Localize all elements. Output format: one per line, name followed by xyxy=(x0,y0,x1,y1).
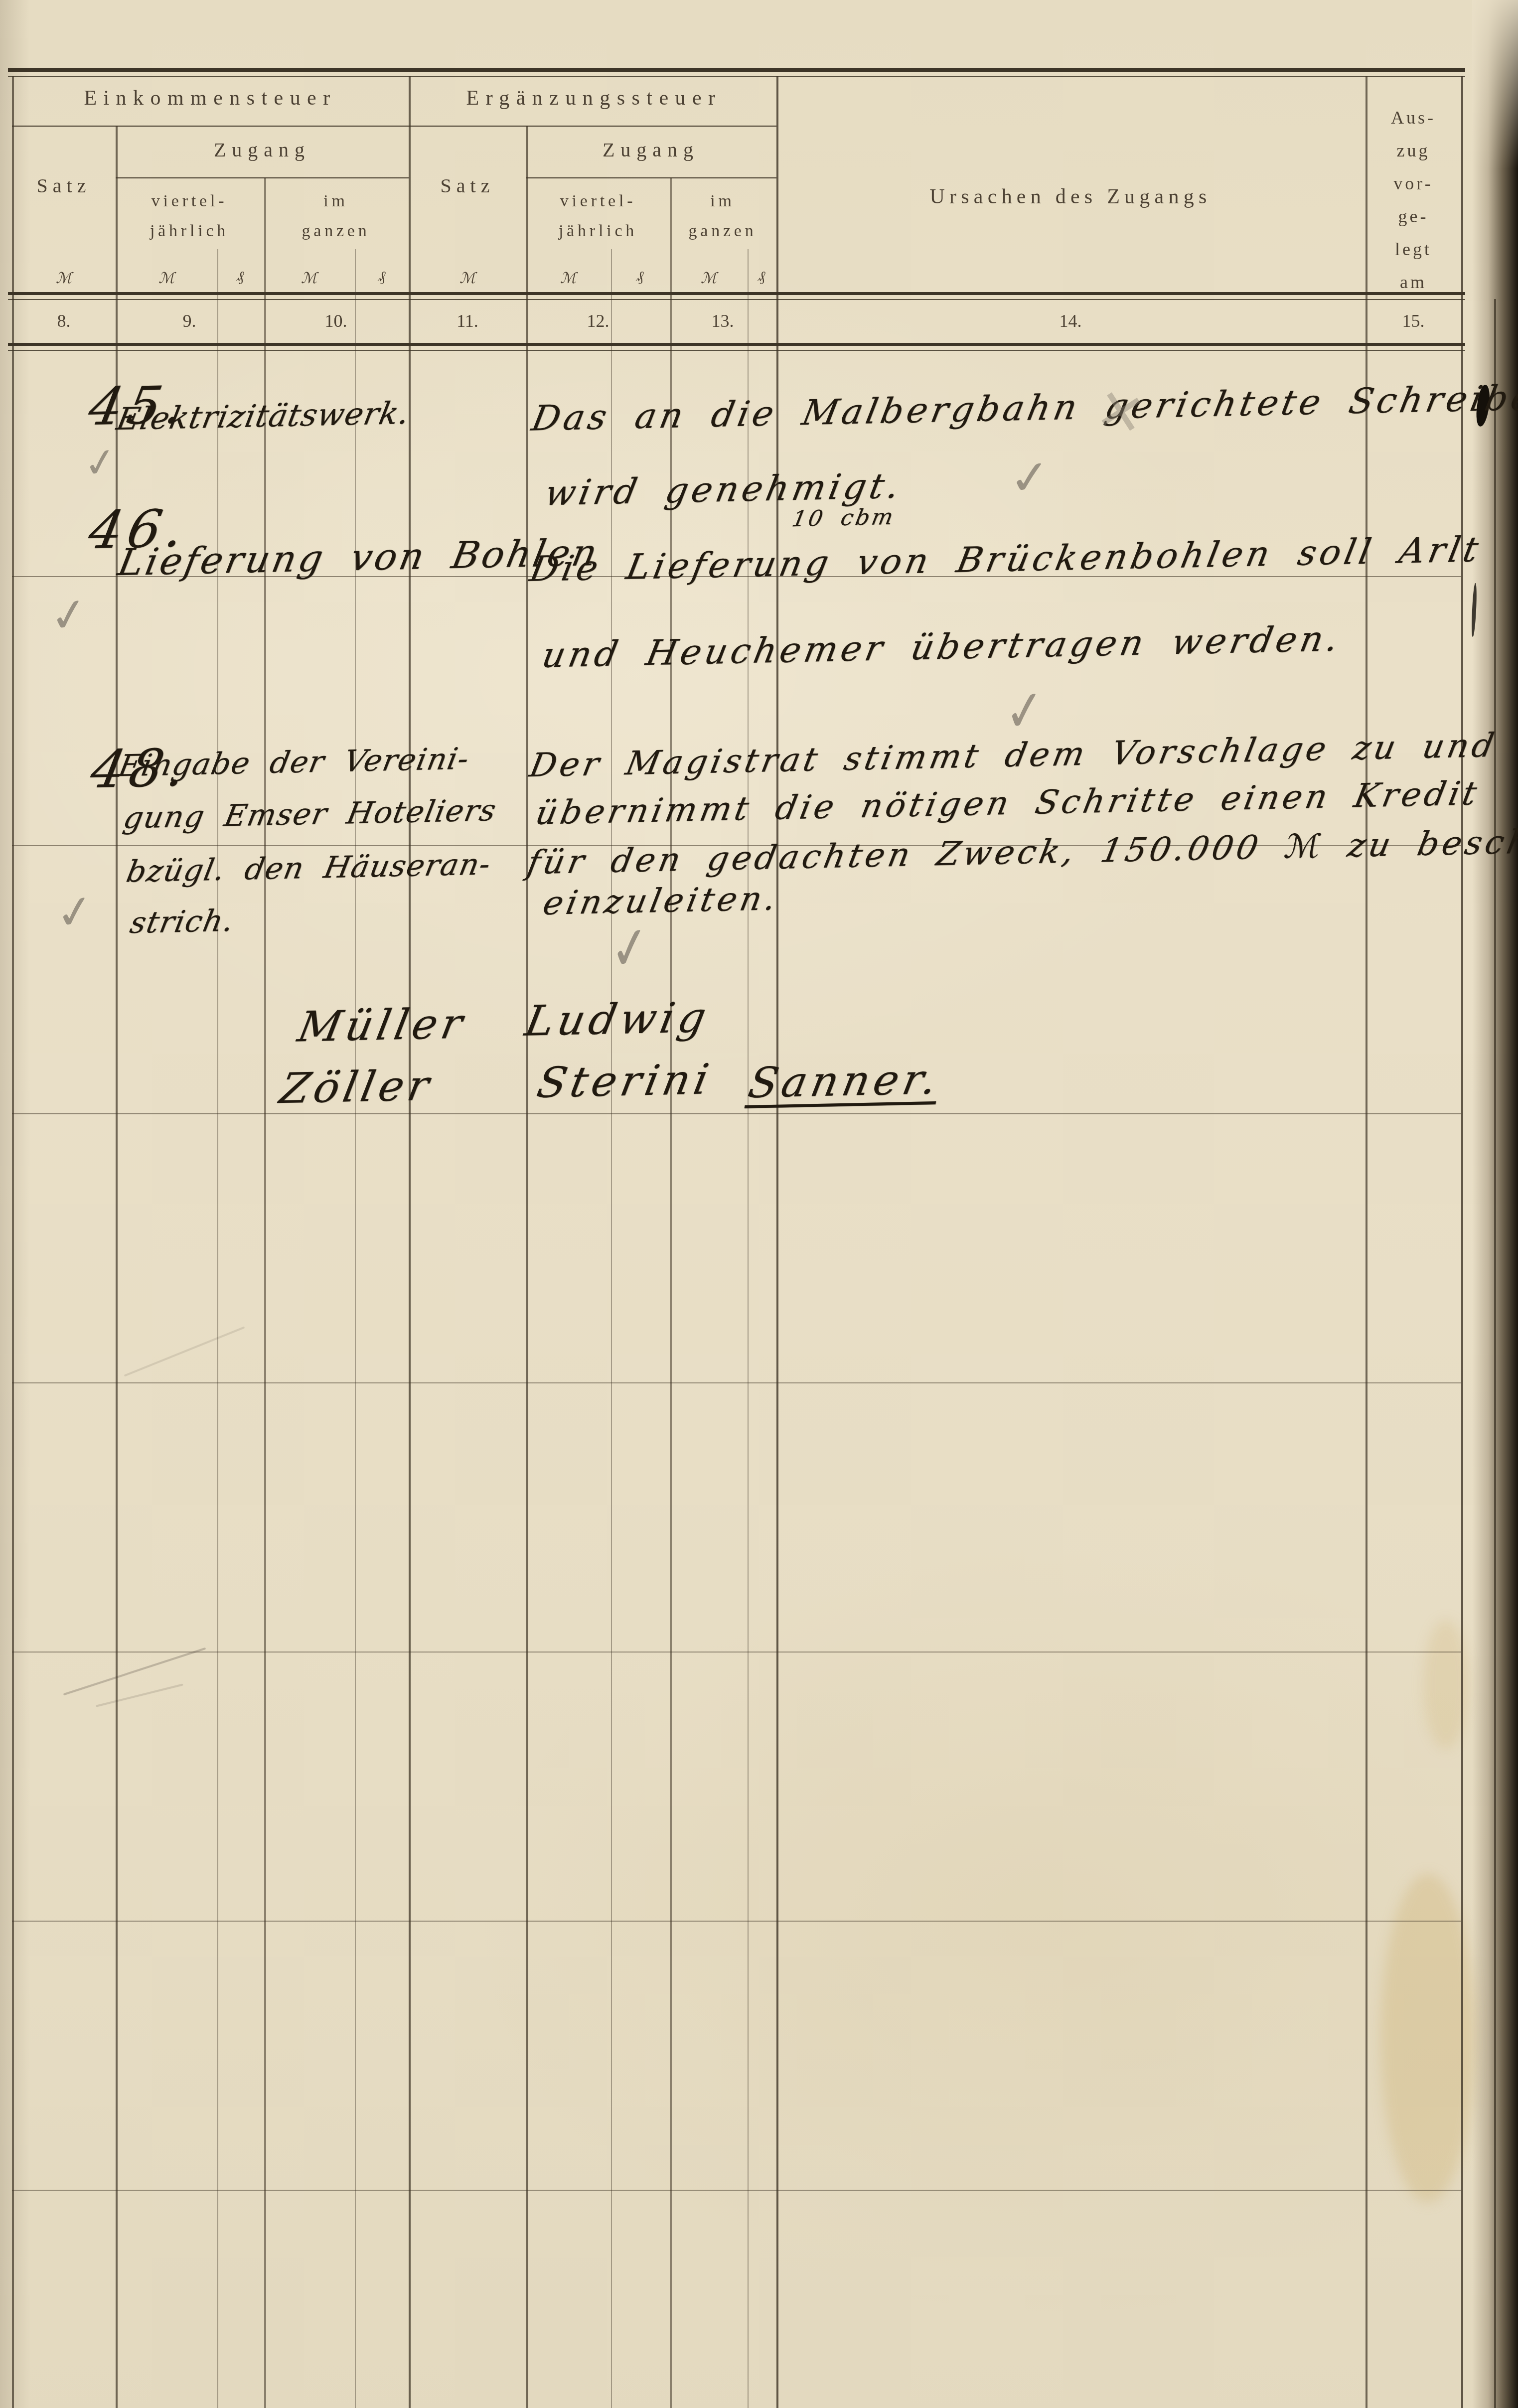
header-zugang-2: Zugang xyxy=(603,140,699,162)
signature-sanner: Sanner. xyxy=(745,1054,945,1107)
currency-mark-col9: ℳ xyxy=(158,269,174,288)
pencil-check-icon: ✓ xyxy=(1006,449,1054,506)
colnum-bottom-rule xyxy=(8,343,1465,351)
top-rule xyxy=(8,68,1465,77)
table-left-edge xyxy=(12,76,13,2408)
col-line-9-10 xyxy=(264,177,266,2408)
entry-46-cause-insert: 10 cbm xyxy=(790,505,897,532)
currency-pfennig-col12: ₰ xyxy=(636,269,644,286)
entry-48-subject-line-2: gung Emser Hoteliers xyxy=(121,793,499,836)
currency-mark-col11: ℳ xyxy=(459,269,475,288)
currency-pfennig-col13: ₰ xyxy=(758,269,765,286)
signature-mueller: Müller xyxy=(294,999,470,1052)
entry-48-cause-line-4: einzuleiten. xyxy=(540,879,782,922)
row-line-7 xyxy=(12,2190,1461,2191)
col-line-10-11 xyxy=(409,76,410,2408)
column-number-13: 13. xyxy=(712,311,734,332)
entry-45-cause-line-1: Das an die Malbergbahn gerichtete Schrei… xyxy=(528,378,1518,439)
header-viertel-2b: jährlich xyxy=(559,221,637,241)
row-line-3 xyxy=(12,1113,1461,1115)
column-number-15: 15. xyxy=(1402,311,1425,332)
header-satz-1: Satz xyxy=(37,175,91,198)
currency-mark-col12: ℳ xyxy=(560,269,576,288)
pencil-scuff xyxy=(63,1648,206,1696)
header-title-einkommensteuer: Einkommensteuer xyxy=(84,86,336,111)
header-im-2b: ganzen xyxy=(688,221,757,241)
page-gutter-shadow xyxy=(0,0,30,2408)
table-right-edge xyxy=(1461,76,1463,2408)
header-im-1a: im xyxy=(323,191,348,211)
zugang-underline-2 xyxy=(526,177,776,179)
header-ursachen: Ursachen des Zugangs xyxy=(929,184,1211,209)
currency-mark-col8: ℳ xyxy=(56,269,72,288)
currency-mark-col13: ℳ xyxy=(701,269,717,288)
header-auszug-line-5: legt xyxy=(1395,239,1432,260)
row-line-4 xyxy=(12,1382,1461,1384)
signature-ludwig: Ludwig xyxy=(521,993,714,1046)
header-auszug-line-2: zug xyxy=(1396,141,1430,161)
header-viertel-1b: jährlich xyxy=(150,221,229,241)
entry-48-subject-line-4: strich. xyxy=(127,904,237,941)
page-edge-line xyxy=(1494,299,1496,2408)
col-line-11-12 xyxy=(526,126,528,2408)
column-number-9: 9. xyxy=(183,311,196,332)
signature-zoeller: Zöller xyxy=(276,1061,437,1113)
header-im-2a: im xyxy=(710,191,735,211)
header-auszug-line-3: vor- xyxy=(1393,173,1433,194)
header-zugang-1: Zugang xyxy=(214,140,310,162)
header-auszug-line-4: ge- xyxy=(1398,206,1428,227)
title-underline xyxy=(12,126,776,127)
tax-register-page: Einkommensteuer Ergänzungssteuer Satz Sa… xyxy=(0,0,1518,2408)
header-im-1b: ganzen xyxy=(302,221,370,241)
pencil-cross-icon: ✕ xyxy=(1090,374,1151,451)
column-number-11: 11. xyxy=(456,311,478,332)
zugang-underline-1 xyxy=(116,177,409,179)
header-satz-2: Satz xyxy=(441,175,495,198)
row-line-5 xyxy=(12,1652,1461,1653)
currency-mark-col10: ℳ xyxy=(301,269,317,288)
col-line-12-13 xyxy=(670,177,671,2408)
header-auszug-line-6: am xyxy=(1400,272,1427,293)
header-viertel-1a: viertel- xyxy=(152,191,228,211)
pencil-check-icon: ✓ xyxy=(52,883,98,941)
pencil-check-icon: ✓ xyxy=(607,912,654,986)
row-line-6 xyxy=(12,1921,1461,1922)
header-title-ergaenzungssteuer: Ergänzungssteuer xyxy=(466,86,722,111)
entry-48-subject-line-3: bzügl. den Häuseran- xyxy=(124,847,494,890)
currency-pfennig-col9: ₰ xyxy=(237,269,244,286)
header-viertel-2a: viertel- xyxy=(560,191,636,211)
pencil-check-icon: ✓ xyxy=(81,439,120,488)
column-number-10: 10. xyxy=(325,311,347,332)
header-auszug-line-1: Aus- xyxy=(1391,108,1436,129)
pencil-scuff-3 xyxy=(124,1326,245,1376)
entry-46-cause-line-2: und Heuchemer übertragen werden. xyxy=(539,619,1345,676)
entry-48-subject-line-1: Eingabe der Vereini- xyxy=(116,742,472,784)
pencil-scuff-2 xyxy=(96,1683,183,1707)
pencil-check-icon: ✓ xyxy=(46,586,92,644)
col-line-14-15 xyxy=(1366,76,1367,2408)
column-number-12: 12. xyxy=(587,311,609,332)
column-number-8: 8. xyxy=(57,311,71,332)
column-number-14: 14. xyxy=(1060,311,1082,332)
header-bottom-rule xyxy=(8,292,1465,300)
signature-sterini: Sterini xyxy=(533,1054,717,1107)
currency-pfennig-col10: ₰ xyxy=(378,269,386,286)
entry-45-subject: Elektrizitätswerk. xyxy=(114,396,413,438)
entry-48-cause-line-2: übernimmt die nötigen Schritte einen Kre… xyxy=(533,773,1483,832)
